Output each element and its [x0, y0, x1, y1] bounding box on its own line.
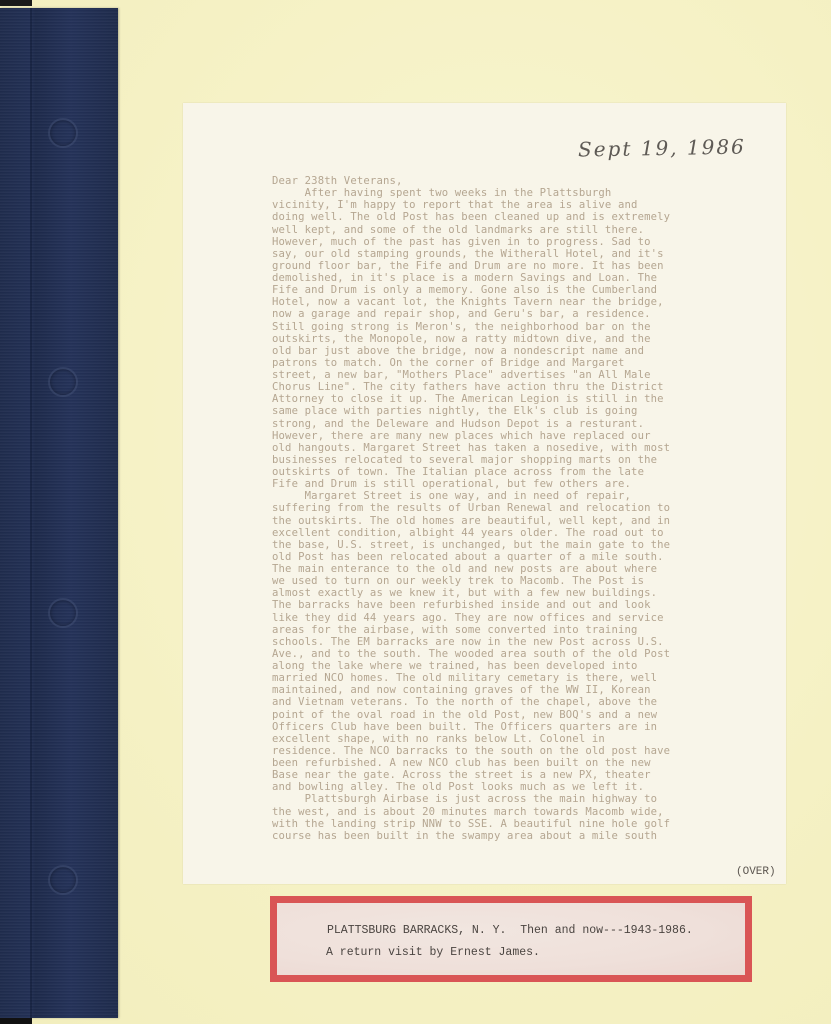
- letter-line: maintained, and now containing graves of…: [272, 684, 742, 696]
- letter-line: Hotel, now a vacant lot, the Knights Tav…: [272, 296, 742, 308]
- caption-label-box: [270, 896, 752, 982]
- letter-line: Fife and Drum is only a memory. Gone als…: [272, 284, 742, 296]
- letter-line: patrons to match. On the corner of Bridg…: [272, 357, 742, 369]
- letter-body: Dear 238th Veterans, After having spent …: [272, 175, 742, 842]
- letter-line: old hangouts. Margaret Street has taken …: [272, 442, 742, 454]
- letter-line: old bar just above the bridge, now a non…: [272, 345, 742, 357]
- letter-line: However, much of the past has given in t…: [272, 236, 742, 248]
- letter-line: Margaret Street is one way, and in need …: [272, 490, 742, 502]
- letter-line: Dear 238th Veterans,: [272, 175, 742, 187]
- letter-line: However, there are many new places which…: [272, 430, 742, 442]
- letter-line: doing well. The old Post has been cleane…: [272, 211, 742, 223]
- letter-line: along the lake where we trained, has bee…: [272, 660, 742, 672]
- letter-line: same place with parties nightly, the Elk…: [272, 405, 742, 417]
- letter-line: the west, and is about 20 minutes march …: [272, 806, 742, 818]
- letter-line: married NCO homes. The old military ceme…: [272, 672, 742, 684]
- letter-line: excellent condition, albight 44 years ol…: [272, 527, 742, 539]
- letter-line: outskirts, the Monopole, now a ratty mid…: [272, 333, 742, 345]
- letter-line: like they did 44 years ago. They are now…: [272, 612, 742, 624]
- letter-line: the base, U.S. street, is unchanged, but…: [272, 539, 742, 551]
- scan-edge-bottom: [0, 1018, 32, 1024]
- letter-line: After having spent two weeks in the Plat…: [272, 187, 742, 199]
- letter-line: suffering from the results of Urban Rene…: [272, 502, 742, 514]
- letter-line: Base near the gate. Across the street is…: [272, 769, 742, 781]
- letter-line: strong, and the Deleware and Hudson Depo…: [272, 418, 742, 430]
- letter-line: schools. The EM barracks are now in the …: [272, 636, 742, 648]
- over-note: (OVER): [736, 866, 776, 878]
- letter-line: street, a new bar, "Mothers Place" adver…: [272, 369, 742, 381]
- letter-line: excellent shape, with no ranks below Lt.…: [272, 733, 742, 745]
- letter-line: ground floor bar, the Fife and Drum are …: [272, 260, 742, 272]
- letter-line: and Vietnam veterans. To the north of th…: [272, 696, 742, 708]
- letter-line: residence. The NCO barracks to the south…: [272, 745, 742, 757]
- caption-title: PLATTSBURG BARRACKS, N. Y. Then and now-…: [327, 924, 693, 937]
- letter-line: say, our old stamping grounds, the Withe…: [272, 248, 742, 260]
- ring-hole-icon: [48, 598, 78, 628]
- letter-line: The barracks have been refurbished insid…: [272, 599, 742, 611]
- ring-hole-icon: [48, 367, 78, 397]
- letter-line: well kept, and some of the old landmarks…: [272, 224, 742, 236]
- binder-spine-fold: [30, 8, 32, 1018]
- letter-line: areas for the airbase, with some convert…: [272, 624, 742, 636]
- letter-line: Ave., and to the south. The wooded area …: [272, 648, 742, 660]
- letter-line: almost exactly as we knew it, but with a…: [272, 587, 742, 599]
- letter-line: Chorus Line". The city fathers have acti…: [272, 381, 742, 393]
- scan-edge-top: [0, 0, 32, 6]
- letter-line: point of the oval road in the old Post, …: [272, 709, 742, 721]
- letter-line: demolished, in it's place is a modern Sa…: [272, 272, 742, 284]
- letter-line: old Post has been relocated about a quar…: [272, 551, 742, 563]
- ring-hole-icon: [48, 118, 78, 148]
- letter-line: Attorney to close it up. The American Le…: [272, 393, 742, 405]
- letter-date-handwritten: Sept 19, 1986: [578, 135, 746, 162]
- ring-hole-icon: [48, 865, 78, 895]
- letter-line: now a garage and repair shop, and Geru's…: [272, 308, 742, 320]
- letter-line: Fife and Drum is still operational, but …: [272, 478, 742, 490]
- letter-line: The main enterance to the old and new po…: [272, 563, 742, 575]
- letter-line: Plattsburgh Airbase is just across the m…: [272, 793, 742, 805]
- letter-line: and bowling alley. The old Post looks mu…: [272, 781, 742, 793]
- letter-line: with the landing strip NNW to SSE. A bea…: [272, 818, 742, 830]
- letter-line: the outskirts. The old homes are beautif…: [272, 515, 742, 527]
- letter-line: Still going strong is Meron's, the neigh…: [272, 321, 742, 333]
- letter-line: businesses relocated to several major sh…: [272, 454, 742, 466]
- caption-byline: A return visit by Ernest James.: [326, 946, 540, 959]
- letter-line: outskirts of town. The Italian place acr…: [272, 466, 742, 478]
- letter-line: been refurbished. A new NCO club has bee…: [272, 757, 742, 769]
- letter-line: we used to turn on our weekly trek to Ma…: [272, 575, 742, 587]
- letter-line: Officers Club have been built. The Offic…: [272, 721, 742, 733]
- letter-line: vicinity, I'm happy to report that the a…: [272, 199, 742, 211]
- letter-line: course has been built in the swampy area…: [272, 830, 742, 842]
